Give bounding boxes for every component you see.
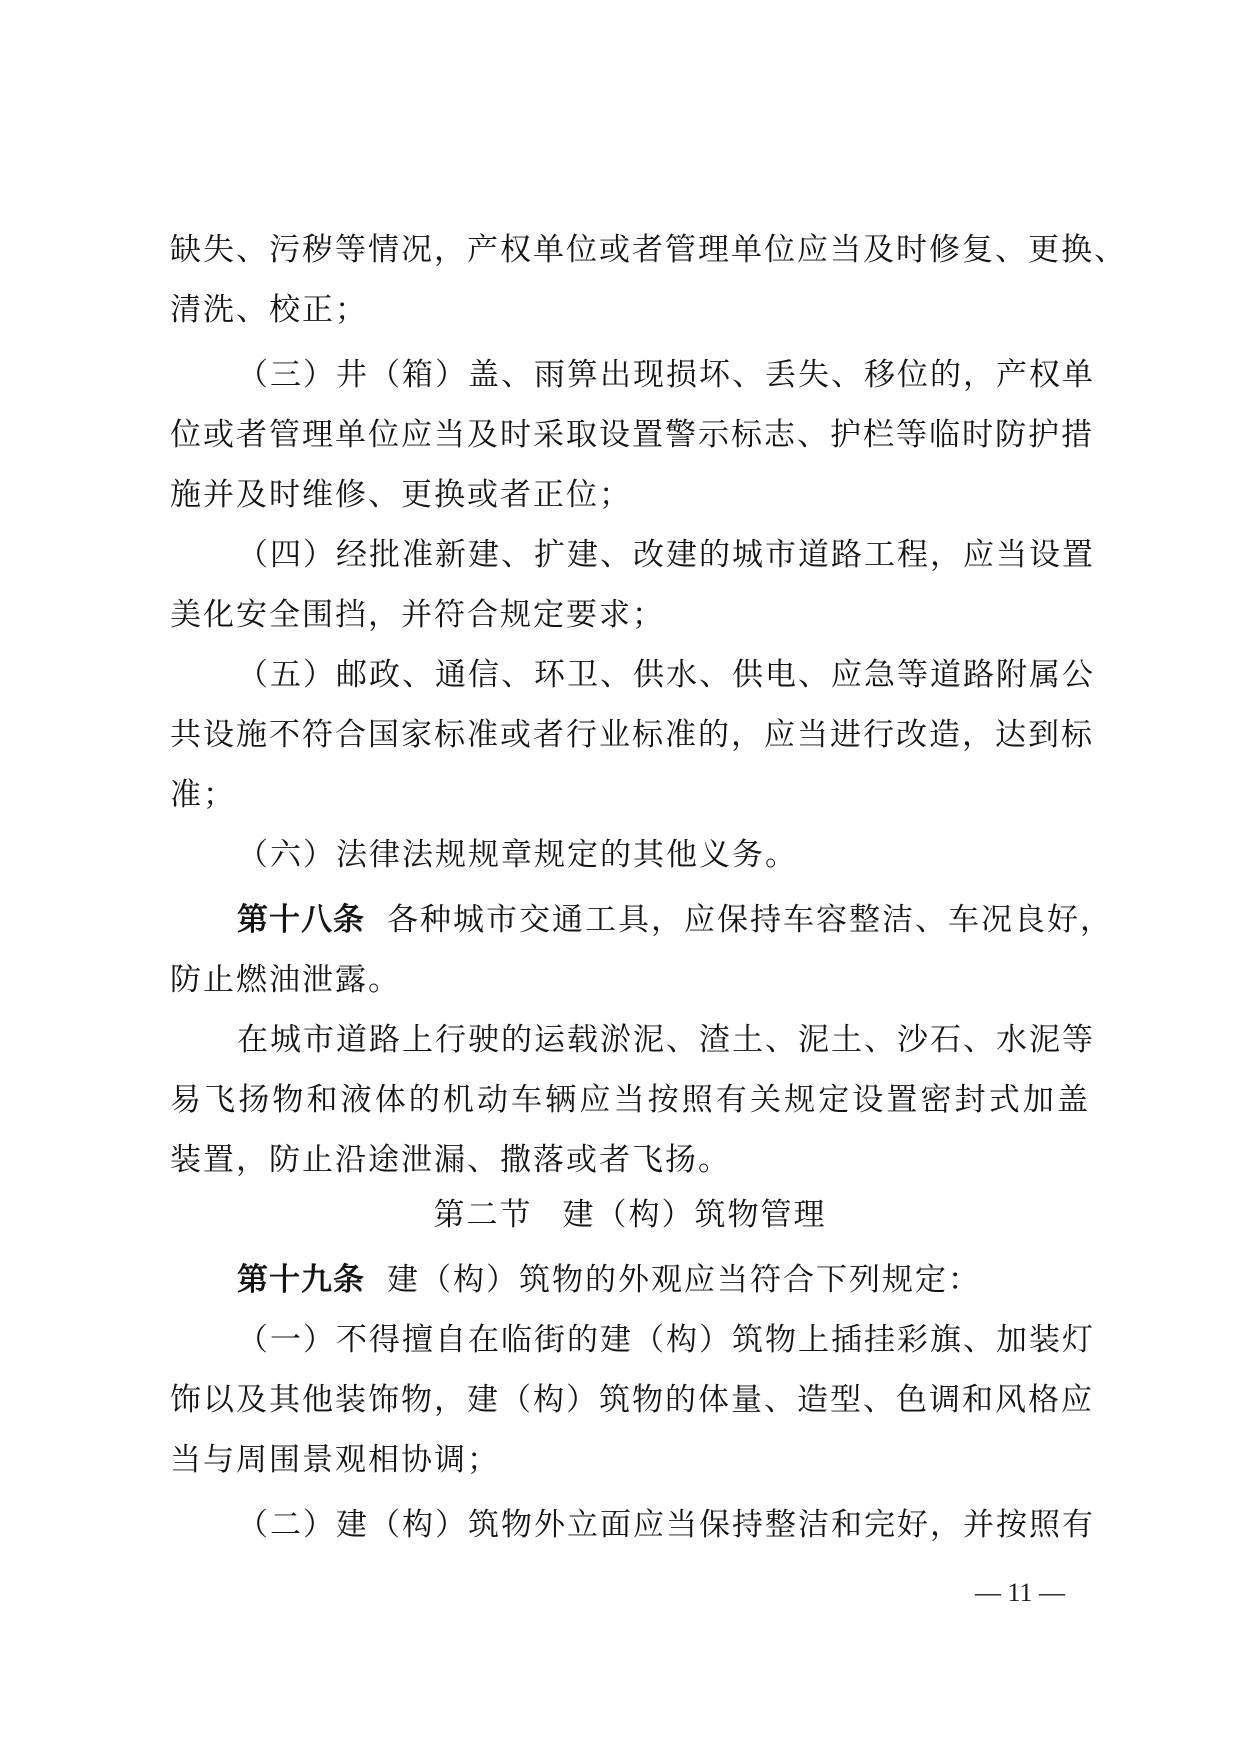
article-text: 各种城市交通工具，应保持车容整洁、车况良好， <box>387 902 1113 938</box>
body-text-line: 缺失、污秽等情况，产权单位或者管理单位应当及时修复、更换、 <box>170 230 1090 270</box>
body-text-line: 饰以及其他装饰物，建（构）筑物的体量、造型、色调和风格应 <box>170 1380 1090 1420</box>
list-item-1: （一）不得擅自在临街的建（构）筑物上插挂彩旗、加装灯 <box>237 1320 1090 1360</box>
body-text-line: 清洗、校正； <box>170 290 1090 330</box>
list-item-4: （四）经批准新建、扩建、改建的城市道路工程，应当设置 <box>237 535 1090 575</box>
body-text-line: 防止燃油泄露。 <box>170 960 1090 1000</box>
article-19-heading-line: 第十九条建（构）筑物的外观应当符合下列规定： <box>237 1260 1090 1300</box>
body-text-line: 准； <box>170 775 1090 815</box>
page-number: — 11 — <box>975 1577 1065 1609</box>
body-text-line: 当与周围景观相协调； <box>170 1440 1090 1480</box>
article-number: 第十八条 <box>237 902 365 938</box>
section-number: 第二节 <box>434 1197 533 1233</box>
list-item-3: （三）井（箱）盖、雨箅出现损坏、丢失、移位的，产权单 <box>237 355 1090 395</box>
body-text-line: 美化安全围挡，并符合规定要求； <box>170 595 1090 635</box>
body-text-line: 共设施不符合国家标准或者行业标准的，应当进行改造，达到标 <box>170 715 1090 755</box>
list-item-2: （二）建（构）筑物外立面应当保持整洁和完好，并按照有 <box>237 1505 1090 1545</box>
body-text-line: 位或者管理单位应当及时采取设置警示标志、护栏等临时防护措 <box>170 415 1090 455</box>
body-text-line: 易飞扬物和液体的机动车辆应当按照有关规定设置密封式加盖 <box>170 1080 1090 1120</box>
article-18-heading-line: 第十八条各种城市交通工具，应保持车容整洁、车况良好， <box>237 900 1090 940</box>
section-heading: 第二节建（构）筑物管理 <box>170 1195 1090 1235</box>
body-text-line: 施并及时维修、更换或者正位； <box>170 475 1090 515</box>
section-title: 建（构）筑物管理 <box>563 1197 827 1233</box>
list-item-5: （五）邮政、通信、环卫、供水、供电、应急等道路附属公 <box>237 655 1090 695</box>
article-text: 建（构）筑物的外观应当符合下列规定： <box>387 1262 981 1298</box>
list-item-6: （六）法律法规规章规定的其他义务。 <box>237 835 1090 875</box>
paragraph-start-line: 在城市道路上行驶的运载淤泥、渣土、泥土、沙石、水泥等 <box>237 1020 1090 1060</box>
body-text-line: 装置，防止沿途泄漏、撒落或者飞扬。 <box>170 1140 1090 1180</box>
article-number: 第十九条 <box>237 1262 365 1298</box>
document-page: 缺失、污秽等情况，产权单位或者管理单位应当及时修复、更换、 清洗、校正； （三）… <box>0 0 1240 1754</box>
